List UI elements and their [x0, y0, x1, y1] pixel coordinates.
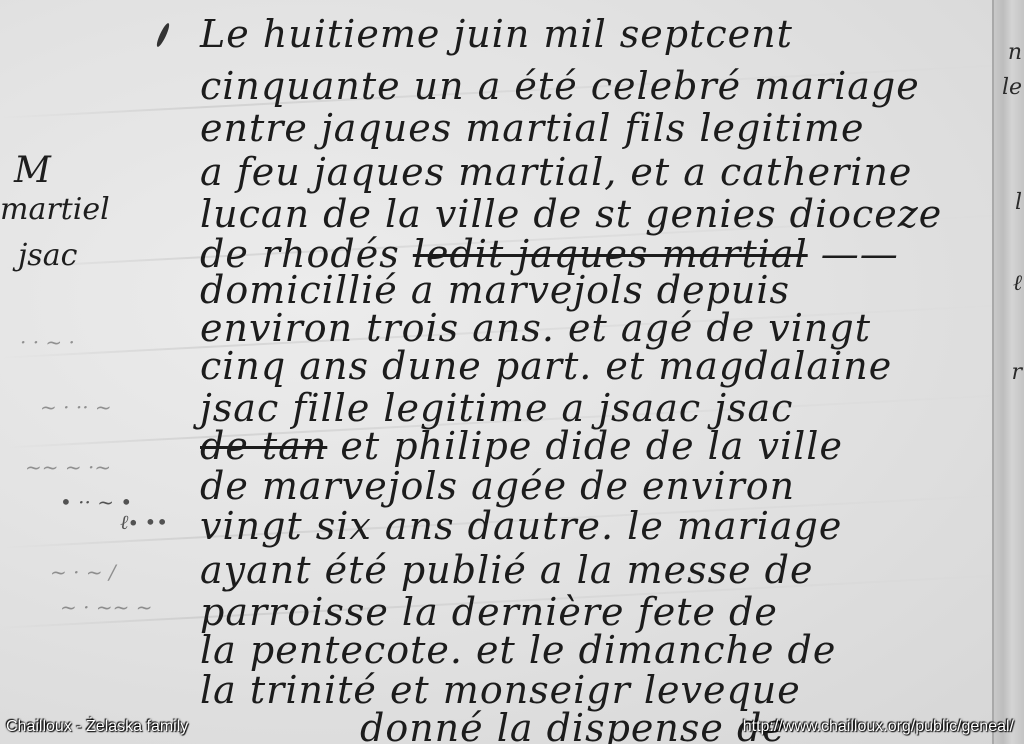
- manuscript-line: donné la dispense de: [360, 706, 786, 744]
- gutter-glyph: ℓ: [1013, 270, 1022, 296]
- manuscript-line: de tan et philipe dide de la ville: [200, 424, 843, 468]
- manuscript-line: Le huitieme juin mil septcent: [200, 12, 793, 56]
- bleed-through-text: ~ · ~ /: [50, 560, 116, 584]
- folio-mark: [155, 22, 171, 48]
- gutter-glyph: l: [1015, 190, 1022, 215]
- manuscript-line: lucan de la ville de st genies dioceze: [200, 192, 942, 236]
- manuscript-line: de marvejols agée de environ: [200, 464, 795, 508]
- page-gutter: n le l ℓ r: [992, 0, 1024, 744]
- margin-initial: M: [14, 150, 51, 191]
- watermark-url: http://www.chailloux.org/public/geneal/: [743, 718, 1014, 736]
- bleed-through-text: · · ~ ·: [20, 330, 75, 354]
- bleed-through-text: ~~ ~ ·~: [25, 455, 111, 479]
- bleed-through-text: ~ · ~~ ~: [60, 595, 152, 619]
- watermark-family-name: Chailloux - Żelaska family: [6, 718, 188, 736]
- manuscript-line: vingt six ans dautre. le mariage: [200, 504, 842, 548]
- margin-name-line: martiel: [0, 192, 110, 227]
- manuscript-page: · · ~ · ~ · ·· ~ ~~ ~ ·~ • ·· ~ • ℓ∙ •• …: [0, 0, 1024, 744]
- line-text: et philipe dide de la ville: [340, 424, 843, 468]
- manuscript-line: cinquante un a été celebré mariage: [200, 64, 920, 108]
- manuscript-line: a feu jaques martial, et a catherine: [200, 150, 912, 194]
- manuscript-line: entre jaques martial fils legitime: [200, 106, 864, 150]
- struck-text: de tan: [200, 424, 327, 468]
- bleed-through-text: ℓ∙ ••: [120, 510, 168, 535]
- gutter-glyph: r: [1011, 360, 1022, 385]
- line-filler-dash: ——: [821, 232, 899, 276]
- bleed-through-text: ~ · ·· ~: [40, 395, 112, 419]
- gutter-glyph: le: [1002, 75, 1022, 100]
- manuscript-line: cinq ans dune part. et magdalaine: [200, 344, 892, 388]
- manuscript-line: la pentecote. et le dimanche de: [200, 628, 836, 672]
- margin-name-line: jsac: [18, 238, 77, 273]
- gutter-glyph: n: [1008, 40, 1022, 65]
- manuscript-line: ayant été publié a la messe de: [200, 548, 813, 592]
